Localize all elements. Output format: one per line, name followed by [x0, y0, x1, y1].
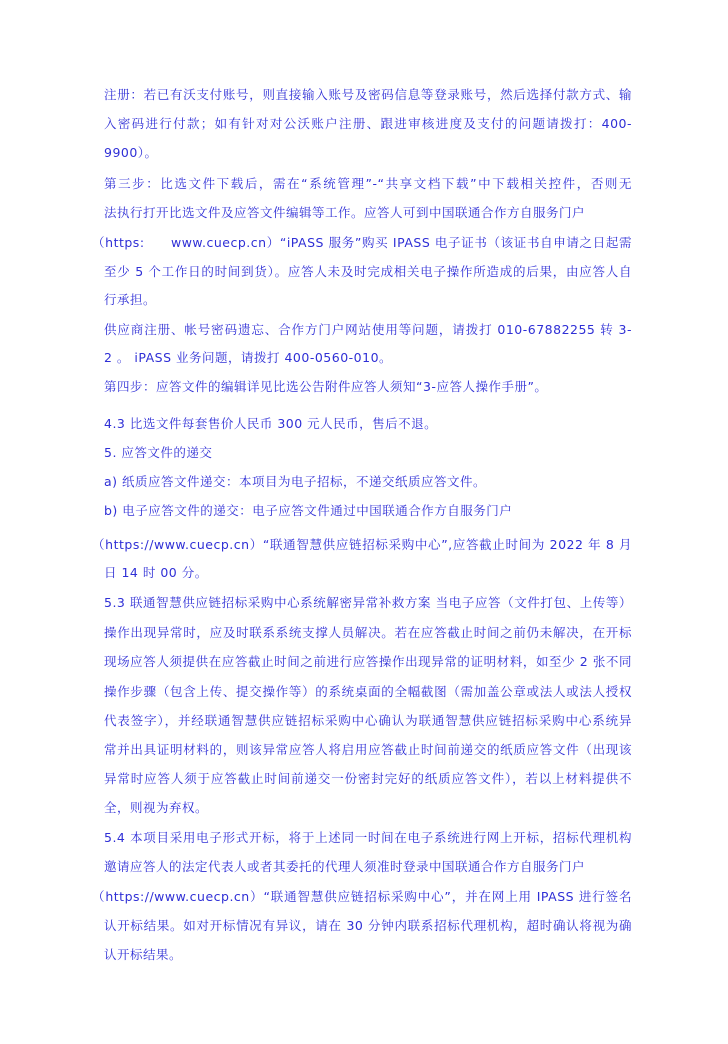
- text-line: 入密码进行付款；如有针对对公沃账户注册、跟进审核进度及支付的问题请拨打：400-…: [104, 114, 632, 134]
- text-line: 常并出具证明材料的，则该异常应答人将启用应答截止时间前递交的纸质应答文件（出现该: [104, 740, 632, 760]
- text-line: b) 电子应答文件的递交：电子应答文件通过中国联通合作方自服务门户: [104, 501, 632, 521]
- text-line: a) 纸质应答文件递交：本项目为电子招标，不递交纸质应答文件。: [104, 472, 632, 492]
- text-line: 注册：若已有沃支付账号，则直接输入账号及密码信息等登录账号，然后选择付款方式、输: [104, 85, 632, 105]
- text-line: 操作出现异常时，应及时联系系统支撑人员解决。若在应答截止时间之前仍未解决，在开标: [104, 623, 632, 643]
- text-line: 9900）。: [104, 143, 632, 163]
- text-line: 至少 5 个工作日的时间到货）。应答人未及时完成相关电子操作所造成的后果，由应答…: [104, 262, 632, 282]
- text-line: 代表签字），并经联通智慧供应链招标采购中心确认为联通智慧供应链招标采购中心系统异: [104, 711, 632, 731]
- text-line: 日 14 时 00 分。: [104, 563, 632, 583]
- text-line: 异常时应答人须于应答截止时间前递交一份密封完好的纸质应答文件），若以上材料提供不: [104, 769, 632, 789]
- text-line: 第四步：应答文件的编辑详见比选公告附件应答人须知“3-应答人操作手册”。: [104, 377, 632, 397]
- text-line: 5. 应答文件的递交: [104, 443, 632, 463]
- text-line: 邀请应答人的法定代表人或者其委托的代理人须准时登录中国联通合作方自服务门户: [104, 857, 632, 877]
- text-line: 5.4 本项目采用电子形式开标，将于上述同一时间在电子系统进行网上开标，招标代理…: [104, 828, 632, 848]
- text-line: 现场应答人须提供在应答截止时间之前进行应答操作出现异常的证明材料，如至少 2 张…: [104, 652, 632, 672]
- text-line: 全，则视为弃权。: [104, 798, 632, 818]
- text-line: 操作步骤（包含上传、提交操作等）的系统桌面的全幅截图（需加盖公章或法人或法人授权: [104, 682, 632, 702]
- text-line: 法执行打开比选文件及应答文件编辑等工作。应答人可到中国联通合作方自服务门户: [104, 203, 632, 223]
- text-line: （https: www.cuecp.cn）“iPASS 服务”购买 IPASS …: [92, 233, 632, 253]
- text-line: 认开标结果。: [104, 945, 632, 965]
- text-line: 行承担。: [104, 290, 632, 310]
- text-line: 2 。 iPASS 业务问题，请拨打 400-0560-010。: [104, 348, 632, 368]
- document-page: 注册：若已有沃支付账号，则直接输入账号及密码信息等登录账号，然后选择付款方式、输…: [0, 0, 728, 1044]
- text-line: 4.3 比选文件每套售价人民币 300 元人民币，售后不退。: [104, 414, 632, 434]
- text-line: 认开标结果。如对开标情况有异议，请在 30 分钟内联系招标代理机构，超时确认将视…: [104, 916, 632, 936]
- text-line: （https://www.cuecp.cn）“联通智慧供应链招标采购中心”，并在…: [92, 887, 632, 907]
- text-line: （https://www.cuecp.cn）“联通智慧供应链招标采购中心”,应答…: [92, 535, 632, 555]
- text-line: 5.3 联通智慧供应链招标采购中心系统解密异常补救方案 当电子应答（文件打包、上…: [104, 593, 632, 613]
- text-line: 供应商注册、帐号密码遗忘、合作方门户网站使用等问题，请拨打 010-678822…: [104, 320, 632, 340]
- text-line: 第三步：比选文件下载后，需在“系统管理”-“共享文档下载”中下载相关控件，否则无: [104, 174, 632, 194]
